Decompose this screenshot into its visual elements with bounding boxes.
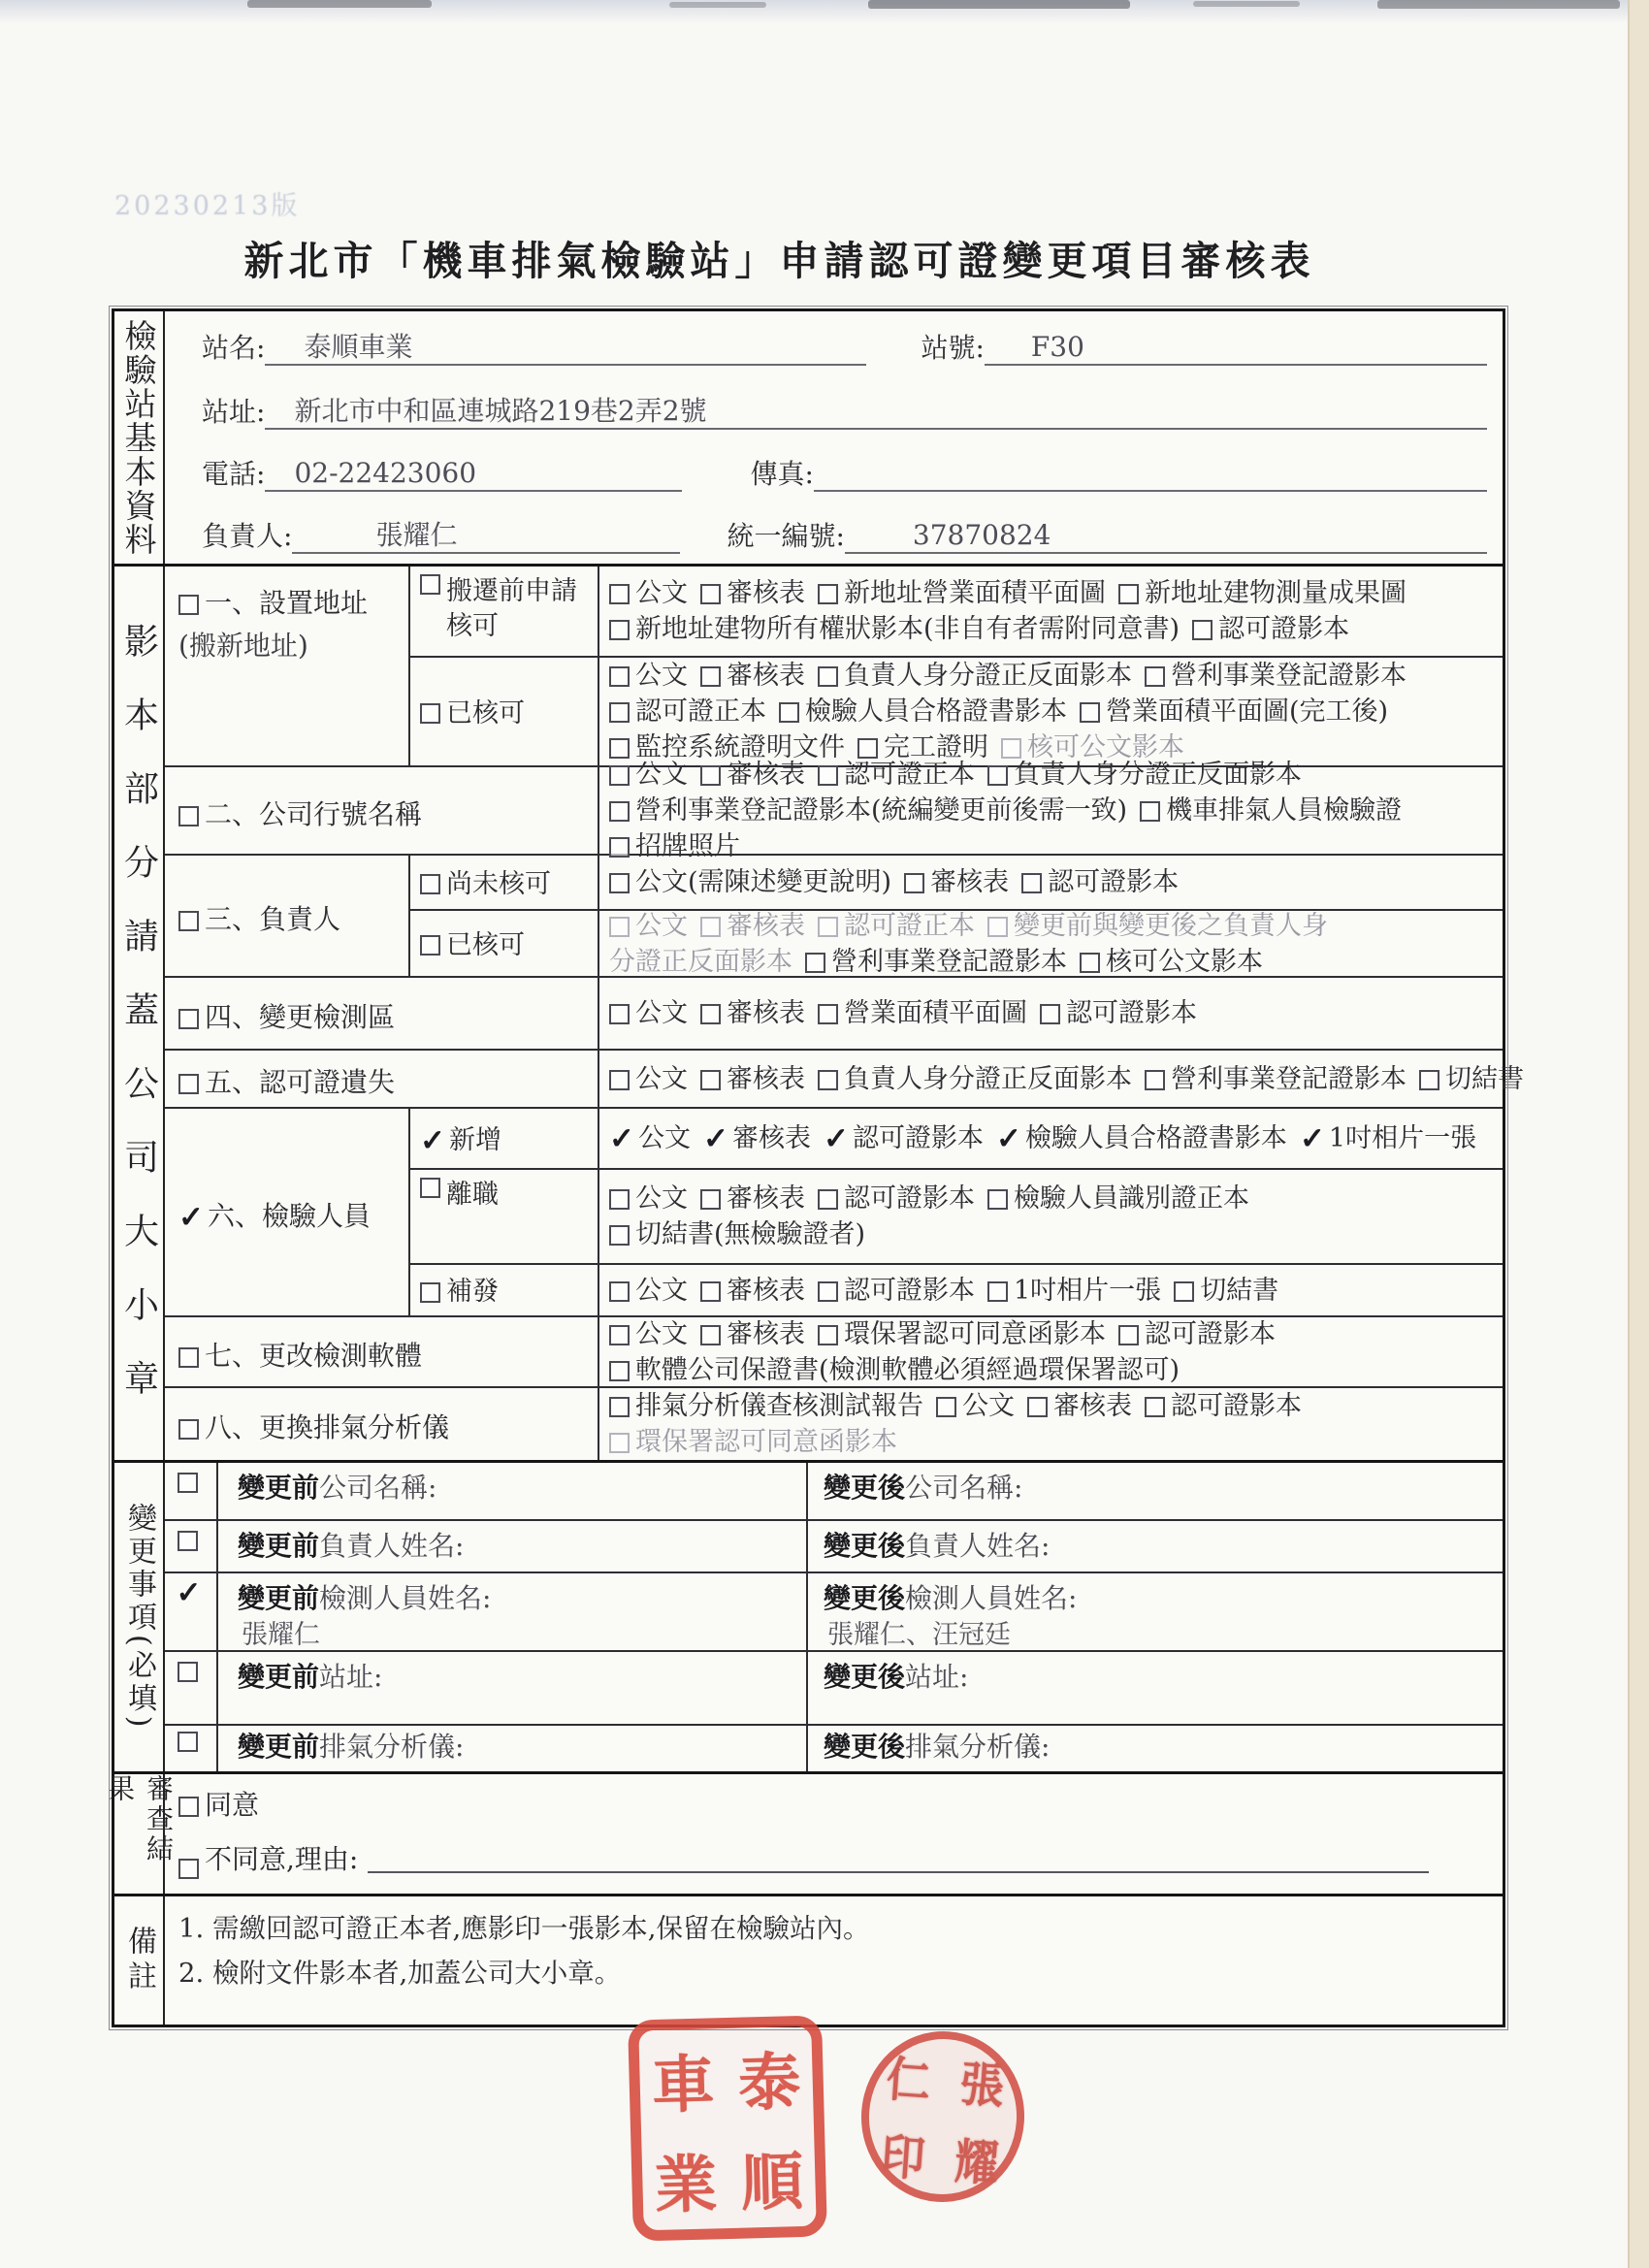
item-2-company-name: 二、公司行號名稱 公文審核表認可證正本負責人身分證正反面影本 營利事業登記證影本… — [165, 767, 1503, 856]
sub-resign: 離職 — [410, 1170, 599, 1263]
note-line-1: 1. 需繳回認可證正本者,應影印一張影本,保留在檢驗站內。 — [178, 1906, 1487, 1951]
change-address-checkbox — [178, 1662, 198, 1682]
checkbox-item: 營利事業登記證影本 — [1145, 1064, 1406, 1094]
checked-item: ✓認可證影本 — [824, 1123, 984, 1153]
checkbox-icon — [987, 917, 1008, 937]
checkbox-icon — [700, 584, 721, 604]
checkbox-label: 審核表 — [727, 1319, 805, 1349]
item-8-checkbox — [178, 1419, 199, 1440]
seal-char: 泰 — [725, 2026, 814, 2128]
checkbox-icon — [609, 1070, 630, 1090]
checkbox-label: 審核表 — [727, 578, 805, 608]
checkbox-item: 核可公文影本 — [1080, 947, 1263, 977]
checkbox-item: 公文 — [609, 998, 688, 1028]
sub-reissue: 補發 — [410, 1265, 599, 1315]
before-prefix: 變更前 — [238, 1731, 319, 1763]
item-3-label: 三、負責人 — [205, 903, 340, 935]
item-8-change-analyzer: 八、更換排氣分析儀 排氣分析儀查核測試報告公文審核表認可證影本 環保署認可同意函… — [165, 1388, 1503, 1460]
checkbox-label: 公文 — [635, 1319, 688, 1349]
checkbox-label: 公文 — [635, 661, 688, 691]
checkmark-icon: ✓ — [824, 1129, 849, 1149]
checkbox-item: 公文 — [609, 661, 688, 691]
checkbox-line: 公文審核表認可證正本負責人身分證正反面影本 — [609, 757, 1499, 793]
checkbox-label: 新地址建物測量成果圖 — [1145, 578, 1406, 608]
checkbox-item: 公文 — [609, 1183, 688, 1214]
checkbox-item: 新地址建物測量成果圖 — [1118, 578, 1406, 608]
scan-smudge — [1377, 0, 1620, 9]
checkbox-icon — [1145, 1397, 1165, 1417]
sub-resign-label: 離職 — [446, 1178, 592, 1213]
after-analyzer-label: 排氣分析儀: — [905, 1731, 1050, 1763]
checkbox-icon — [700, 1281, 721, 1302]
form-table: 檢驗站基本資料 站名: 泰順車業 站號: F30 站址: 新北市中和區連城路21… — [112, 308, 1505, 2027]
checkbox-item: 審核表 — [700, 1064, 805, 1094]
section-head-basic: 檢驗站基本資料 — [114, 311, 165, 564]
checkbox-label: 切結書(無檢驗證者) — [635, 1219, 865, 1249]
scan-smudge — [868, 0, 1130, 9]
checkbox-item: 排氣分析儀查核測試報告 — [609, 1391, 923, 1421]
item-6-label: 六、檢驗人員 — [208, 1200, 371, 1232]
sub-not-approved-label: 尚未核可 — [446, 867, 592, 902]
checkbox-line: 公文審核表營業面積平面圖認可證影本 — [609, 995, 1499, 1031]
checkbox-label: 審核表 — [1053, 1391, 1132, 1421]
checkbox-label: 核可公文影本 — [1106, 947, 1263, 977]
address-label: 站址: — [202, 391, 265, 430]
checkbox-line: 公文(需陳述變更說明)審核表認可證影本 — [609, 864, 1499, 900]
item-5-checkbox — [178, 1074, 199, 1094]
checkbox-icon — [700, 765, 721, 786]
item-8-label: 八、更換排氣分析儀 — [205, 1411, 449, 1443]
checkbox-label: 公文 — [635, 1183, 688, 1214]
checkbox-icon — [609, 702, 630, 723]
before-inspector-label: 檢測人員姓名: — [319, 1582, 491, 1614]
checkbox-icon — [779, 702, 799, 723]
checkbox-item: 公文 — [609, 911, 688, 941]
checkbox-label: 公文 — [635, 578, 688, 608]
seal-char: 仁 — [869, 2030, 949, 2121]
item-3-label-cell: 三、負責人 — [165, 856, 410, 976]
after-inspector-label: 檢測人員姓名: — [905, 1582, 1077, 1614]
scan-smudge — [669, 2, 766, 8]
checkbox-item: 審核表 — [904, 867, 1009, 897]
checkbox-item: 審核表 — [700, 760, 805, 790]
checkbox-item: 公文 — [609, 760, 688, 790]
checkbox-item: 環保署認可同意函影本 — [818, 1319, 1106, 1349]
checkbox-label: 環保署認可同意函影本 — [844, 1319, 1106, 1349]
checkbox-item: 環保署認可同意函影本 — [609, 1427, 897, 1457]
section-notes: 備註 1. 需繳回認可證正本者,應影印一張影本,保留在檢驗站內。 2. 檢附文件… — [114, 1896, 1503, 2025]
checkbox-line: 公文審核表負責人身分證正反面影本營利事業登記證影本 — [609, 658, 1499, 694]
section-head-review: 審查結果 — [114, 1774, 165, 1894]
checkbox-label: 認可證正本 — [635, 697, 766, 727]
before-inspector-value: 張耀仁 — [238, 1618, 798, 1653]
checkbox-icon — [818, 765, 838, 786]
section-review-result: 審查結果 同意 不同意,理由: — [114, 1774, 1503, 1896]
after-prefix: 變更後 — [824, 1661, 905, 1693]
checkbox-label: 新地址營業面積平面圖 — [844, 578, 1106, 608]
checkbox-icon — [609, 584, 630, 604]
sub-approved: 已核可 — [410, 658, 599, 765]
checkbox-icon — [1118, 1325, 1139, 1345]
after-inspector-value: 張耀仁、汪冠廷 — [824, 1618, 1495, 1653]
checkbox-item: 公文 — [609, 1064, 688, 1094]
checkbox-icon — [987, 1189, 1008, 1210]
checkbox-item: 軟體公司保證書(檢測軟體必須經過環保署認可) — [609, 1355, 1180, 1385]
owner-label: 負責人: — [202, 515, 292, 554]
item-1-set-address: 一、設置地址 (搬新地址) 搬遷前申請核可 公文審核表新地址營業面積平面圖新地址… — [165, 567, 1503, 767]
field-row-station-name: 站名: 泰順車業 站號: F30 — [165, 311, 1503, 375]
checkbox-icon — [818, 1325, 838, 1345]
checkbox-label: 負責人身分證正反面影本 — [1014, 760, 1302, 790]
seal-char: 順 — [727, 2126, 817, 2228]
item-1-label-cell: 一、設置地址 (搬新地址) — [165, 567, 410, 765]
checkbox-item: 審核表 — [700, 1319, 805, 1349]
sub-approved-2-checkbox — [420, 935, 440, 956]
field-row-owner: 負責人: 張耀仁 統一編號: 37870824 — [165, 502, 1503, 564]
checkbox-icon — [609, 1225, 630, 1246]
checkbox-item: 切結書 — [1419, 1064, 1524, 1094]
checkbox-icon — [609, 1325, 630, 1345]
checkbox-icon — [609, 1397, 630, 1417]
before-analyzer-label: 排氣分析儀: — [319, 1731, 464, 1763]
checkbox-item: 營利事業登記證影本(統編變更前後需一致) — [609, 795, 1127, 826]
checkbox-item: 審核表 — [700, 1183, 805, 1214]
after-company-label: 公司名稱: — [905, 1472, 1022, 1504]
checkbox-icon — [609, 620, 630, 640]
checkbox-item: 審核表 — [700, 1276, 805, 1306]
checkbox-icon — [818, 666, 838, 687]
checkbox-label: 公文 — [962, 1391, 1015, 1421]
checkbox-icon — [818, 584, 838, 604]
checkbox-item: 認可證影本 — [818, 1276, 975, 1306]
change-row-analyzer: 變更前排氣分析儀: 變更後排氣分析儀: — [165, 1726, 1503, 1771]
checkbox-icon — [609, 801, 630, 822]
checkbox-item: 公文(需陳述變更說明) — [609, 867, 891, 897]
company-seal-stamp: 車 泰 業 順 — [628, 2015, 827, 2241]
item-4-checkbox — [178, 1009, 199, 1029]
item-7-checkbox — [178, 1347, 199, 1368]
checkbox-icon — [936, 1397, 956, 1417]
seal-char: 車 — [638, 2028, 727, 2130]
checkbox-label: 負責人身分證正反面影本 — [844, 1064, 1132, 1094]
change-analyzer-checkbox — [178, 1732, 198, 1752]
checkbox-label: 公文(需陳述變更說明) — [635, 867, 891, 897]
item-5-lost-certificate: 五、認可證遺失 公文審核表負責人身分證正反面影本營利事業登記證影本切結書 — [165, 1051, 1503, 1109]
checkbox-item: 認可證正本 — [609, 697, 766, 727]
item-7-label-cell: 七、更改檢測軟體 — [165, 1317, 599, 1386]
checkbox-label: 公文 — [635, 1276, 688, 1306]
checkbox-label: 審核表 — [727, 760, 805, 790]
item-1-row-approved: 已核可 公文審核表負責人身分證正反面影本營利事業登記證影本 認可證正本檢驗人員合… — [410, 658, 1503, 765]
checkbox-label: 認可證影本 — [853, 1123, 984, 1153]
seal-char: 印 — [863, 2108, 943, 2198]
after-prefix: 變更後 — [824, 1582, 905, 1614]
checkbox-item: 營業面積平面圖(完工後) — [1080, 697, 1388, 727]
checkbox-item: 認可證影本 — [1145, 1391, 1302, 1421]
checkbox-item: 檢驗人員識別證正本 — [987, 1183, 1249, 1214]
checkbox-icon — [609, 738, 630, 759]
item-2-label-cell: 二、公司行號名稱 — [165, 767, 599, 854]
checkbox-item: 審核表 — [1027, 1391, 1132, 1421]
checkbox-label: 公文 — [635, 998, 688, 1028]
checkbox-icon — [857, 738, 878, 759]
station-no-value: F30 — [985, 331, 1487, 366]
checkbox-line: 公文審核表負責人身分證正反面影本營利事業登記證影本切結書 — [609, 1061, 1499, 1097]
checkbox-icon — [1140, 801, 1160, 822]
checkbox-label: 審核表 — [727, 661, 805, 691]
item-6-row-reissue: 補發 公文審核表認可證影本1吋相片一張切結書 — [410, 1265, 1503, 1315]
before-prefix: 變更前 — [238, 1472, 319, 1504]
checkmark-icon: ✓ — [996, 1129, 1021, 1149]
after-prefix: 變更後 — [824, 1530, 905, 1562]
before-company-label: 公司名稱: — [319, 1472, 436, 1504]
checkbox-label: 認可證影本 — [1066, 998, 1197, 1028]
sub-approved-label: 已核可 — [446, 697, 592, 731]
sub-new-checkmark: ✓ — [420, 1131, 445, 1150]
checkbox-item: 負責人身分證正反面影本 — [818, 661, 1132, 691]
item-3-row-not-approved: 尚未核可 公文(需陳述變更說明)審核表認可證影本 — [410, 856, 1503, 911]
personal-seal-stamp: 仁 張 印 耀 — [856, 2025, 1030, 2207]
checkbox-icon — [1174, 1281, 1194, 1302]
checkbox-icon — [700, 1325, 721, 1345]
seal-char: 張 — [943, 2035, 1022, 2125]
checkbox-item: 審核表 — [700, 911, 805, 941]
checkbox-label: 認可證影本 — [1218, 614, 1349, 644]
phone-value: 02-22423060 — [265, 457, 682, 492]
checkbox-icon — [700, 1070, 721, 1090]
change-company-checkbox — [178, 1473, 198, 1493]
review-disagree-line: 不同意,理由: — [178, 1840, 1487, 1879]
disagree-checkbox — [178, 1859, 199, 1879]
checkbox-icon — [609, 837, 630, 858]
checkbox-icon — [609, 666, 630, 687]
checkbox-item: 認可證影本 — [1192, 614, 1349, 644]
item-1-row-before-approval: 搬遷前申請核可 公文審核表新地址營業面積平面圖新地址建物測量成果圖 新地址建物所… — [410, 567, 1503, 658]
checkbox-icon — [1040, 1004, 1060, 1024]
station-name-value: 泰順車業 — [265, 331, 866, 366]
checkbox-label: 負責人身分證正反面影本 — [844, 661, 1132, 691]
section-change-details: 變更事項(必填) 變更前公司名稱: 變更後公司名稱: 變更前負責人姓名: 變更後… — [114, 1463, 1503, 1774]
checkbox-label: 公文 — [635, 911, 688, 941]
section-head-changes: 變更事項(必填) — [114, 1463, 165, 1771]
checkbox-item: 分證正反面影本 — [609, 947, 792, 977]
item-6-row-resign: 離職 公文審核表認可證影本檢驗人員識別證正本 切結書(無檢驗證者) — [410, 1170, 1503, 1265]
field-row-phone: 電話: 02-22423060 傳真: — [165, 439, 1503, 502]
checkbox-item: 認可證正本 — [818, 760, 975, 790]
checkbox-line: 公文審核表環保署認可同意函影本認可證影本 — [609, 1316, 1499, 1352]
item-6-label-cell: ✓六、檢驗人員 — [165, 1109, 410, 1315]
checkbox-icon — [1145, 666, 1165, 687]
checkbox-icon — [1021, 873, 1042, 893]
before-prefix: 變更前 — [238, 1530, 319, 1562]
checkbox-line: 公文審核表認可證正本變更前與變更後之負責人身 — [609, 908, 1499, 944]
checkbox-icon — [1192, 620, 1212, 640]
checkbox-label: 營業面積平面圖(完工後) — [1106, 697, 1388, 727]
item-3-owner: 三、負責人 尚未核可 公文(需陳述變更說明)審核表認可證影本 — [165, 856, 1503, 978]
checkbox-label: 機車排氣人員檢驗證 — [1166, 795, 1402, 826]
tax-id-label: 統一編號: — [727, 515, 844, 554]
item-8-label-cell: 八、更換排氣分析儀 — [165, 1388, 599, 1460]
checkbox-item: 新地址建物所有權狀影本(非自有者需附同意書) — [609, 614, 1180, 644]
checkbox-icon — [609, 1361, 630, 1381]
checkbox-label: 1吋相片一張 — [1329, 1123, 1476, 1153]
checkbox-line: 分證正反面影本營利事業登記證影本核可公文影本 — [609, 944, 1499, 980]
page-title: 新北市「機車排氣檢驗站」申請認可證變更項目審核表 — [82, 229, 1476, 286]
checkbox-icon — [1118, 584, 1139, 604]
item-4-change-test-area: 四、變更檢測區 公文審核表營業面積平面圖認可證影本 — [165, 978, 1503, 1051]
checkbox-icon — [1419, 1070, 1439, 1090]
checkbox-item: 營利事業登記證影本 — [805, 947, 1067, 977]
checkbox-item: 審核表 — [700, 578, 805, 608]
before-prefix: 變更前 — [238, 1582, 319, 1614]
checkbox-label: 變更前與變更後之負責人身 — [1014, 911, 1328, 941]
checkbox-label: 檢驗人員合格證書影本 — [805, 697, 1067, 727]
checkbox-label: 營利事業登記證影本 — [1171, 661, 1406, 691]
disagree-reason-line — [368, 1842, 1429, 1873]
checkbox-label: 1吋相片一張 — [1014, 1276, 1161, 1306]
item-2-label: 二、公司行號名稱 — [205, 798, 422, 830]
checkbox-label: 營業面積平面圖 — [844, 998, 1027, 1028]
before-address-label: 站址: — [319, 1661, 382, 1693]
checkbox-line: 新地址建物所有權狀影本(非自有者需附同意書)認可證影本 — [609, 611, 1499, 647]
checkbox-item: 1吋相片一張 — [987, 1276, 1161, 1306]
checkbox-item: 切結書(無檢驗證者) — [609, 1219, 865, 1249]
checkbox-line: 公文審核表認可證影本檢驗人員識別證正本 — [609, 1181, 1499, 1216]
checkbox-item: 新地址營業面積平面圖 — [818, 578, 1106, 608]
item-1-sublabel: (搬新地址) — [178, 625, 403, 664]
item-6-checkmark: ✓ — [178, 1208, 204, 1227]
station-no-label: 站號: — [921, 327, 984, 366]
sub-approved-checkbox — [420, 703, 440, 724]
checkbox-icon — [609, 765, 630, 786]
checkbox-label: 審核表 — [930, 867, 1009, 897]
checkbox-line: 排氣分析儀查核測試報告公文審核表認可證影本 — [609, 1388, 1499, 1424]
sub-reissue-checkbox — [420, 1282, 440, 1303]
note-line-2: 2. 檢附文件影本者,加蓋公司大小章。 — [178, 1951, 1487, 1995]
scan-smudge — [1193, 1, 1300, 7]
checked-item: ✓審核表 — [703, 1123, 811, 1153]
checkbox-icon — [700, 917, 721, 937]
checkbox-label: 認可證影本 — [844, 1183, 975, 1214]
checkbox-icon — [818, 1281, 838, 1302]
checkbox-label: 審核表 — [727, 1064, 805, 1094]
checkbox-line: 公文審核表新地址營業面積平面圖新地址建物測量成果圖 — [609, 575, 1499, 611]
checkbox-label: 新地址建物所有權狀影本(非自有者需附同意書) — [635, 614, 1180, 644]
checkbox-item: 認可證影本 — [818, 1183, 975, 1214]
checkbox-icon — [700, 1189, 721, 1210]
checkbox-line: ✓公文✓審核表✓認可證影本✓檢驗人員合格證書影本✓1吋相片一張 — [609, 1120, 1499, 1156]
checkbox-item: 審核表 — [700, 661, 805, 691]
tax-id-value: 37870824 — [845, 519, 1487, 554]
fax-label: 傳真: — [750, 453, 813, 492]
item-1-checkbox — [178, 595, 199, 615]
checkbox-label: 營利事業登記證影本 — [1171, 1064, 1406, 1094]
checked-item: ✓1吋相片一張 — [1300, 1123, 1476, 1153]
section-basic-info: 檢驗站基本資料 站名: 泰順車業 站號: F30 站址: 新北市中和區連城路21… — [114, 311, 1503, 567]
checkbox-item: 認可證影本 — [1118, 1319, 1276, 1349]
checkbox-item: 認可證影本 — [1040, 998, 1197, 1028]
checkbox-icon — [609, 1281, 630, 1302]
checkbox-item: 檢驗人員合格證書影本 — [779, 697, 1067, 727]
checkbox-label: 審核表 — [727, 998, 805, 1028]
checkbox-icon — [818, 1004, 838, 1024]
checkbox-label: 認可證影本 — [1145, 1319, 1276, 1349]
checkbox-icon — [987, 765, 1008, 786]
item-5-label: 五、認可證遺失 — [205, 1066, 395, 1098]
checkbox-icon — [609, 1189, 630, 1210]
checkbox-icon — [818, 1189, 838, 1210]
item-3-row-approved: 已核可 公文審核表認可證正本變更前與變更後之負責人身 分證正反面影本營利事業登記… — [410, 911, 1503, 976]
checkbox-label: 審核表 — [727, 911, 805, 941]
checkbox-label: 切結書 — [1200, 1276, 1278, 1306]
section-head-notes: 備註 — [114, 1896, 165, 2025]
seal-char: 耀 — [937, 2113, 1017, 2203]
checkbox-line: 營利事業登記證影本(統編變更前後需一致)機車排氣人員檢驗證 — [609, 793, 1499, 828]
checkbox-item: 機車排氣人員檢驗證 — [1140, 795, 1402, 826]
checkbox-icon — [609, 873, 630, 893]
checkbox-label: 軟體公司保證書(檢測軟體必須經過環保署認可) — [635, 1355, 1180, 1385]
after-owner-label: 負責人姓名: — [905, 1530, 1050, 1562]
checkbox-label: 排氣分析儀查核測試報告 — [635, 1391, 923, 1421]
after-address-label: 站址: — [905, 1661, 968, 1693]
item-3-checkbox — [178, 911, 199, 931]
checkbox-label: 認可證正本 — [844, 911, 975, 941]
checkbox-icon — [609, 1433, 630, 1453]
section-copies-checklist: 影本部分請蓋公司大小章 一、設置地址 (搬新地址) 搬遷前申請核可 公文審核表新 — [114, 567, 1503, 1463]
checked-item: ✓公文 — [609, 1123, 691, 1153]
checkbox-label: 環保署認可同意函影本 — [635, 1427, 897, 1457]
checkbox-icon — [609, 917, 630, 937]
checkbox-line: 切結書(無檢驗證者) — [609, 1216, 1499, 1252]
checkbox-label: 審核表 — [732, 1123, 811, 1153]
checkbox-item: 公文 — [609, 1319, 688, 1349]
checkbox-label: 認可證影本 — [844, 1276, 975, 1306]
sub-not-approved-checkbox — [420, 874, 440, 894]
checkbox-item: 公文 — [936, 1391, 1015, 1421]
change-row-address: 變更前站址: 變更後站址: — [165, 1652, 1503, 1726]
sub-new: ✓ 新增 — [410, 1109, 599, 1168]
checkbox-item: 切結書 — [1174, 1276, 1278, 1306]
owner-value: 張耀仁 — [292, 519, 680, 554]
checkbox-item: 公文 — [609, 1276, 688, 1306]
checkbox-icon — [1080, 702, 1100, 723]
checkbox-label: 營利事業登記證影本 — [831, 947, 1067, 977]
checkbox-icon — [1027, 1397, 1048, 1417]
sub-reissue-label: 補發 — [446, 1275, 592, 1310]
phone-label: 電話: — [202, 453, 265, 492]
checkbox-icon — [904, 873, 924, 893]
item-4-label: 四、變更檢測區 — [205, 1001, 395, 1033]
checkbox-icon — [1145, 1070, 1165, 1090]
checkbox-item: 變更前與變更後之負責人身 — [987, 911, 1328, 941]
checkbox-item: 負責人身分證正反面影本 — [987, 760, 1302, 790]
version-watermark: 20230213版 — [114, 184, 300, 222]
checkbox-item: 公文 — [609, 578, 688, 608]
checkbox-label: 認可證影本 — [1048, 867, 1179, 897]
field-row-address: 站址: 新北市中和區連城路219巷2弄2號 — [165, 375, 1503, 439]
checkbox-label: 公文 — [638, 1123, 691, 1153]
checkbox-label: 營利事業登記證影本(統編變更前後需一致) — [635, 795, 1127, 826]
checkbox-line: 公文審核表認可證影本1吋相片一張切結書 — [609, 1273, 1499, 1309]
sub-before-approval-checkbox — [420, 574, 440, 595]
sub-not-approved: 尚未核可 — [410, 856, 599, 909]
after-prefix: 變更後 — [824, 1731, 905, 1763]
checkbox-label: 認可證正本 — [844, 760, 975, 790]
item-2-checkbox — [178, 806, 199, 826]
section-head-copies: 影本部分請蓋公司大小章 — [114, 567, 165, 1460]
change-inspector-checkmark: ✓ — [177, 1583, 202, 1650]
checkmark-icon: ✓ — [703, 1129, 728, 1149]
